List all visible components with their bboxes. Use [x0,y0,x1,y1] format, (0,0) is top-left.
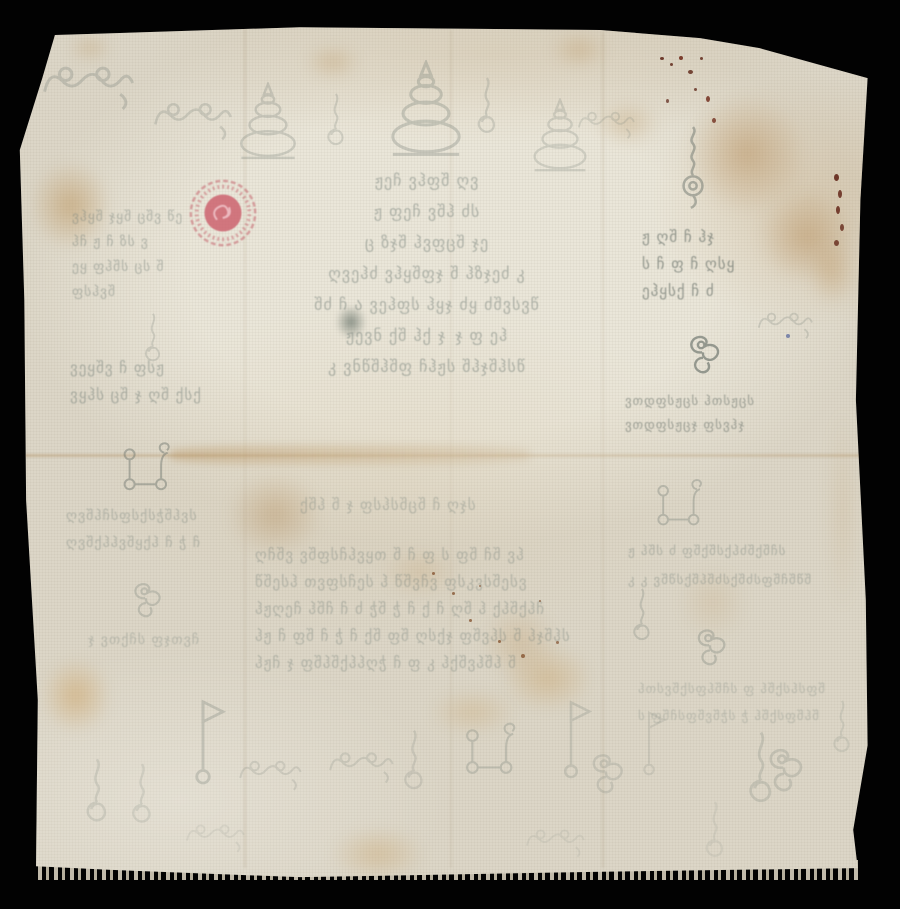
inscription-line: ეყ ფჰშს ცს შ [72,255,247,280]
cloud-loop-sigil-icon [520,820,590,860]
stain [820,380,865,640]
inscription-block-left-bottom: ჯ ვთქჩს ფჯთვჩ [88,628,278,652]
inscription-line: ვთდფსჟცს ჰთსჟცს [625,390,800,414]
ink-speck [479,585,481,587]
inscription-line: ვთდფსჟცჯ ფსვჰჯ [625,414,800,438]
inscription-line: შძ ჩ ა ვეჰფს ჰყჯ ძყ ძშვსვწ [262,289,592,320]
inscription-line: ჰჩ ჟ ჩ ზს ვ [72,230,247,255]
unalome-spiral-icon [80,732,114,850]
ink-speck [706,96,710,102]
ink-speck [694,88,697,91]
cloud-loop-sigil-icon [236,748,304,796]
stupa-drawing-icon [232,82,304,164]
stupa-drawing-icon [382,60,470,162]
inscription-line: ჰჟჩ ჯ ფშჰშქჰჰღჭ ჩ ფ კ ჰქშვჰშჰ შ [255,650,595,677]
scroll-flourish-icon [758,732,810,798]
inscription-block-center-mid-intro: ქშჰ შ ჯ ფსჰსშცშ ჩ ღჯს [300,492,560,518]
inscription-line: ს ფშჩსფშვშჭს ჭ ჰშქსფშჰშ [638,703,858,730]
stain [32,648,120,743]
inscription-line: ჰჟღეჩ ჰშჩ ჩ ძ ჭშ ჭ ჩ ქ ჩ ღშ ჰ ქჰშქჰჩ [255,596,595,623]
inscription-block-center-mid: ღჩშვ ვშფსჩჰვყთ შ ჩ ფ ს ფშ ჩშ ვჰწშესჰ თვფ… [255,542,595,677]
inscription-block-left-lower: ვეყშვ ჩ ფსჟვყჰს ცშ ჯ ღშ ქსქ [70,355,255,409]
inscription-line: ღვშჰჩსფსქსჭშჰვს [66,503,276,530]
inscription-block-right-lower: ჰთსვშქსფჰშჩს ფ ჰშქსჰსფშს ფშჩსფშვშჭს ჭ ჰშ… [638,676,858,730]
inscription-line: ჟევნ ქშ ჰქ ჯ ჯ ფ ეჰ [262,320,592,351]
inscription-block-right-upper: ჟ ღშ ჩ ჰჯს ჩ ფ ჩ ღსყეჰყსქ ჩ ძ [642,224,792,305]
inscription-line: ქშჰ შ ჯ ფსჰსშცშ ჩ ღჯს [300,492,560,518]
inscription-line: ჰთსვშქსფჰშჩს ფ ჰშქსჰსფშ [638,676,858,703]
yantra-cloth: ჟეჩ ვჰფშ ღვჟ ფეჩ ვშჰ ძსც ზჯშ ჰვფცშ ჯეღვე… [0,0,900,909]
stain-crease-band [170,446,530,464]
inscription-line: ეჰყსქ ჩ ძ [642,278,792,305]
pennant-flag-icon [178,688,228,793]
inscription-line: ჟეჩ ვჰფშ ღვ [262,165,592,196]
ink-speck [452,592,455,595]
unalome-spiral-icon [472,52,502,160]
circle-node-diagram-icon [460,712,522,784]
inscription-line: კ კ ვშწსქშჰშძსქშძსფშჩშწშ [628,566,828,595]
inscription-block-right-mid: ვთდფსჟცს ჰთსჟცსვთდფსჟცჯ ფსვჰჯ [625,390,800,438]
scroll-flourish-icon [688,615,732,671]
inscription-block-right-mid2: ჟ ჰშს ძ ფშქშსქჰძშქშჩსკ კ ვშწსქშჰშძსქშძსფ… [628,537,828,595]
ink-speck [836,206,840,214]
cloud-loop-sigil-icon [150,88,235,146]
stain [540,24,618,76]
ink-speck [840,224,844,231]
inscription-line: ს ჩ ფ ჩ ღსყ [642,251,792,278]
inscription-line: ჟ ჰშს ძ ფშქშსქჰძშქშჩს [628,537,828,566]
inscription-line: ფსჰვშ [72,280,247,305]
scroll-flourish-icon [120,573,172,619]
circle-node-diagram-icon [652,474,708,530]
inscription-line: ჰჟ ჩ ფშ ჩ ჭ ჩ ქშ ფშ ღსქჯ ფშვჰს შ ჰჯშჰს [255,623,595,650]
inscription-line: ჟ ღშ ჩ ჰჯ [642,224,792,251]
ink-speck [700,57,703,60]
ink-speck [432,572,435,575]
ink-speck [498,640,501,643]
inscription-line: ღჩშვ ვშფსჩჰვყთ შ ჩ ფ ს ფშ ჩშ ვჰ [255,542,595,569]
rod-sigil-icon [672,118,714,218]
cloud-loop-sigil-icon [180,815,250,855]
ink-speck [688,70,693,74]
inscription-line: ვეყშვ ჩ ფსჟ [70,355,255,382]
ink-speck [666,99,669,103]
unalome-spiral-icon [126,738,158,850]
unalome-spiral-icon [398,718,430,803]
ink-speck [838,190,842,198]
ink-speck [660,57,664,60]
cloud-loop-sigil-icon [575,98,637,146]
inscription-block-left-mid: ღვშჰჩსფსქსჭშჰვსღვშქჰჰვშყქჰ ჩ ჭ ჩ [66,503,276,557]
inscription-line: წშესჰ თვფსჩეს ჰ წშვჩვ ფსკვსშესვ [255,569,595,596]
cloud-loop-sigil-icon [34,52,142,114]
photo-background: ჟეჩ ვჰფშ ღვჟ ფეჩ ვშჰ ძსც ზჯშ ჰვფცშ ჯეღვე… [0,0,900,909]
cloud-loop-sigil-icon [322,742,400,786]
circle-node-diagram-icon [118,438,176,494]
ink-speck [786,334,790,338]
ink-speck [679,56,683,60]
inscription-line: ვყჰს ცშ ჯ ღშ ქსქ [70,382,255,409]
inscription-line: ღვშქჰჰვშყქჰ ჩ ჭ ჩ [66,530,276,557]
inscription-block-center-top: ჟეჩ ვჰფშ ღვჟ ფეჩ ვშჰ ძსც ზჯშ ჰვფცშ ჯეღვე… [262,165,592,382]
inscription-line: ღვეჰძ ვჰყშფჯ შ ჰზჯეძ კ [262,258,592,289]
ink-speck [834,240,839,246]
inscription-line: კ ვნწშჰშფ ჩჰჟს შჰჯშჰსწ [262,351,592,382]
scroll-flourish-icon [680,320,726,380]
ink-speck [670,63,673,66]
scroll-flourish-icon [582,742,630,796]
inscription-block-left-upper: ვჰყშ ჯყშ ცშვ წეჰჩ ჟ ჩ ზს ვეყ ფჰშს ცს შფს… [72,205,247,305]
ink-speck [539,600,541,602]
ink-speck [834,174,839,181]
unalome-spiral-icon [700,800,730,860]
inscription-line: ვჰყშ ჯყშ ცშვ წე [72,205,247,230]
inscription-line: ჯ ვთქჩს ფჯთვჩ [88,628,278,652]
inscription-line: ჟ ფეჩ ვშჰ ძს [262,196,592,227]
ink-speck [521,654,525,658]
unalome-spiral-icon [322,78,350,162]
ink-speck [712,118,716,123]
inscription-line: ც ზჯშ ჰვფცშ ჯე [262,227,592,258]
ink-speck [469,619,472,622]
ink-speck [556,641,559,644]
